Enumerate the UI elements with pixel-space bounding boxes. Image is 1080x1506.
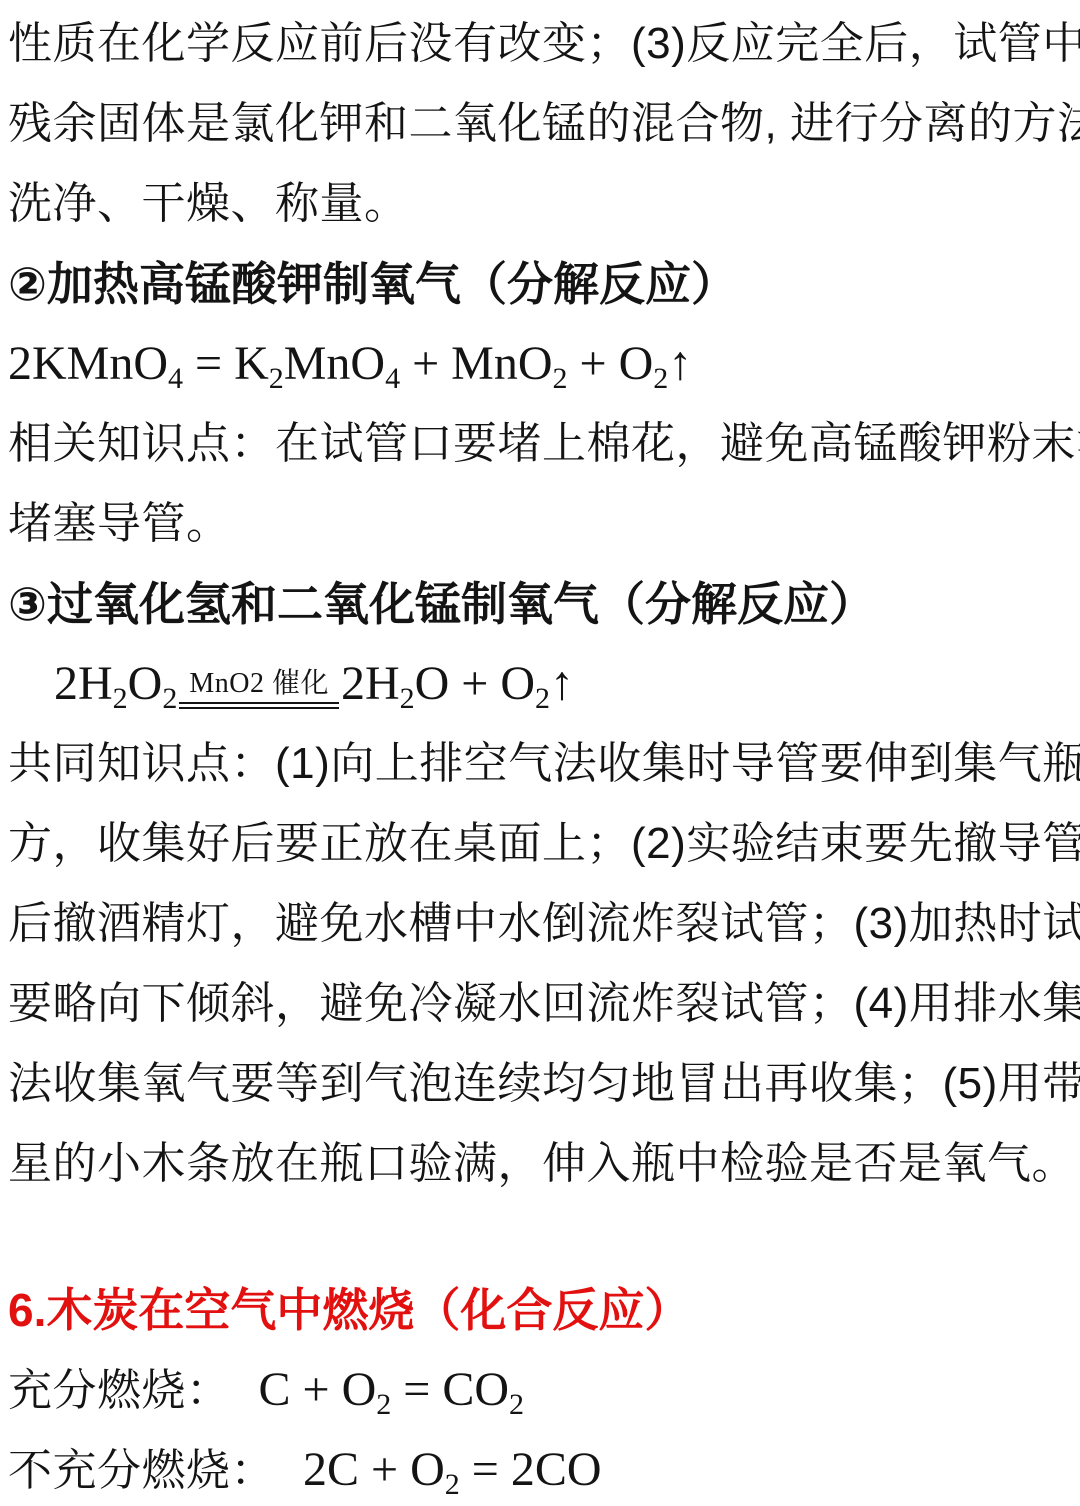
paragraph-line: 性质在化学反应前后没有改变；(3)反应完全后，试管中的 (8, 4, 1080, 84)
formula-subscript: 2 (445, 1468, 460, 1501)
formula-segment: 2H (54, 657, 113, 710)
section-heading-kmno4: ②加热高锰酸钾制氧气（分解反应） (8, 244, 1080, 324)
formula-segment: + O (568, 337, 654, 390)
formula-segment: = K (183, 337, 269, 390)
formula-segment: O (128, 657, 163, 710)
formula-subscript: 2 (162, 682, 177, 715)
formula-segment: C + O (259, 1363, 377, 1416)
formula-subscript: 2 (400, 682, 415, 715)
formula-segment: 2C + O (303, 1443, 445, 1496)
formula-co: 2C + O2 = 2CO (303, 1443, 602, 1496)
full-combustion-label: 充分燃烧： (8, 1366, 231, 1415)
formula-subscript: 4 (168, 362, 183, 395)
knowledge-point-line: 法收集氧气要等到气泡连续均匀地冒出再收集；(5)用带火 (8, 1044, 1080, 1124)
knowledge-point-line: 星的小木条放在瓶口验满，伸入瓶中检验是否是氧气。 (8, 1124, 1080, 1204)
section-heading-h2o2: ③过氧化氢和二氧化锰制氧气（分解反应） (8, 564, 1080, 644)
knowledge-point-line: 要略向下倾斜，避免冷凝水回流炸裂试管；(4)用排水集气 (8, 964, 1080, 1044)
formula-subscript: 2 (509, 1388, 524, 1421)
formula-subscript: 2 (269, 362, 284, 395)
paragraph-line: 洗净、干燥、称量。 (8, 164, 1080, 244)
full-combustion-line: 充分燃烧：C + O2 = CO2 (8, 1350, 1080, 1430)
formula-subscript: 2 (113, 682, 128, 715)
formula-h2o2-decomposition: 2H2O2MnO2 催化2H2O + O2↑ (8, 644, 1080, 724)
formula-segment: O + O (415, 657, 535, 710)
formula-segment: 2KMnO (8, 337, 168, 390)
formula-segment: = 2CO (460, 1443, 602, 1496)
incomplete-combustion-label: 不充分燃烧： (8, 1446, 275, 1495)
formula-kmno4-decomposition: 2KMnO4 = K2MnO4 + MnO2 + O2↑ (8, 324, 1080, 404)
formula-segment: = CO (391, 1363, 509, 1416)
paragraph-line: 残余固体是氯化钾和二氧化锰的混合物, 进行分离的方法是: (8, 84, 1080, 164)
knowledge-point-line: 方，收集好后要正放在桌面上；(2)实验结束要先撤导管, (8, 804, 1080, 884)
knowledge-point-line: 堵塞导管。 (8, 484, 1080, 564)
formula-subscript: 2 (535, 682, 550, 715)
formula-co2: C + O2 = CO2 (259, 1363, 525, 1416)
knowledge-point-line: 共同知识点：(1)向上排空气法收集时导管要伸到集气瓶下 (8, 724, 1080, 804)
formula-subscript: 4 (385, 362, 400, 395)
gas-up-arrow: ↑ (550, 657, 574, 710)
gas-up-arrow: ↑ (668, 337, 692, 390)
formula-subscript: 2 (553, 362, 568, 395)
incomplete-combustion-line: 不充分燃烧：2C + O2 = 2CO (8, 1430, 1080, 1506)
formula-segment: MnO (284, 337, 385, 390)
reaction-condition-label: MnO2 催化 (179, 668, 339, 709)
knowledge-point-line: 后撤酒精灯，避免水槽中水倒流炸裂试管；(3)加热时试管 (8, 884, 1080, 964)
section-heading-charcoal-combustion: 6.木炭在空气中燃烧（化合反应） (8, 1270, 1080, 1350)
formula-subscript: 2 (376, 1388, 391, 1421)
formula-segment: + MnO (400, 337, 552, 390)
formula-right-side: 2H2O + O2↑ (341, 657, 574, 710)
knowledge-point-line: 相关知识点：在试管口要堵上棉花，避免高锰酸钾粉末滑落 (8, 404, 1080, 484)
formula-subscript: 2 (653, 362, 668, 395)
document-page: 性质在化学反应前后没有改变；(3)反应完全后，试管中的 残余固体是氯化钾和二氧化… (0, 0, 1080, 1506)
formula-segment: 2H (341, 657, 400, 710)
formula-left-side: 2H2O2 (54, 657, 177, 710)
